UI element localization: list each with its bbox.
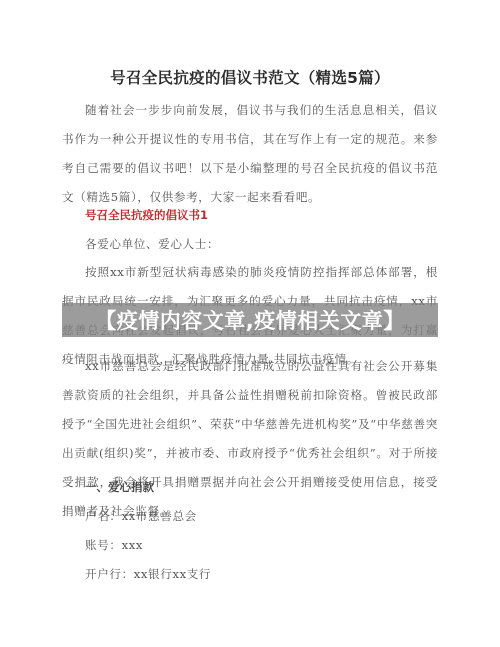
intro-paragraph: 随着社会一步步向前发展，倡议书与我们的生活息息相关，倡议书作为一种公开提议性的专… [62, 96, 438, 212]
salutation: 各爱心单位、爱心人士： [85, 236, 219, 252]
donation-heading: 一、爱心捐款 [85, 479, 154, 495]
account-number: 账号：xxx [85, 537, 143, 553]
caption-banner: 【疫情内容文章,疫情相关文章】 [62, 303, 438, 337]
section-heading-1: 号召全民抗疫的倡议书1 [85, 207, 208, 223]
bank-branch: 开户行：xx银行xx支行 [85, 566, 211, 582]
document-page: 号召全民抗疫的倡议书范文（精选5篇） 随着社会一步步向前发展，倡议书与我们的生活… [0, 0, 500, 647]
account-name: 户名：xx市慈善总会 [85, 508, 197, 524]
body-paragraph-2: xx市慈善总会是经民政部门批准成立的公益性具有社会公开募集善款资质的社会组织，并… [62, 352, 438, 526]
caption-banner-text: 【疫情内容文章,疫情相关文章】 [95, 305, 404, 335]
document-title: 号召全民抗疫的倡议书范文（精选5篇） [0, 66, 500, 88]
